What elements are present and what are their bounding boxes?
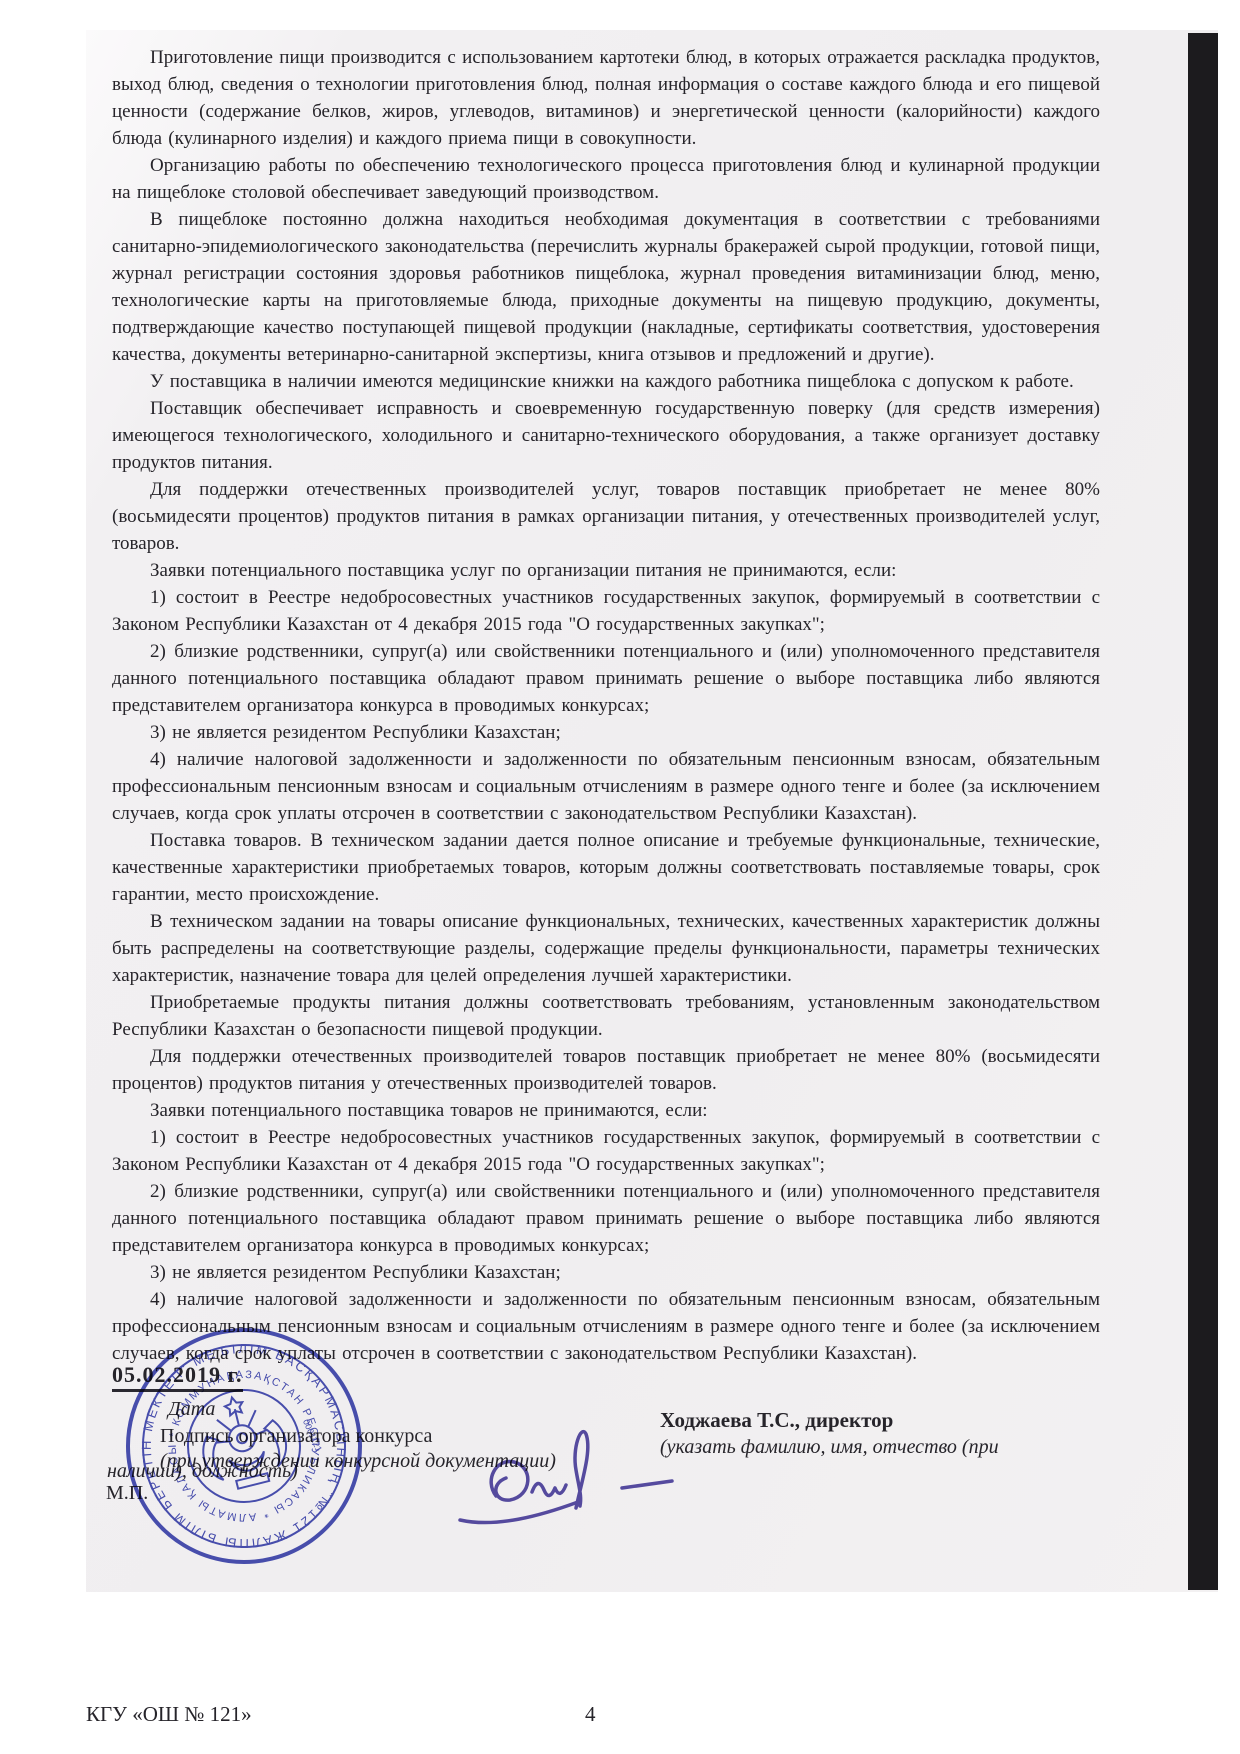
svg-text:БІЛІМ БАСҚАРМАСЫНЫҢ "№121 ЖАЛП: БІЛІМ БАСҚАРМАСЫНЫҢ "№121 ЖАЛПЫ БІЛІМ БЕ… (114, 1316, 371, 1576)
footer-page-number: 4 (585, 1702, 596, 1727)
stamp-outer-text: БІЛІМ БАСҚАРМАСЫНЫҢ "№121 ЖАЛПЫ БІЛІМ БЕ… (114, 1316, 371, 1576)
page: Приготовление пищи производится с исполь… (0, 0, 1240, 1754)
footer-organization: КГУ «ОШ № 121» (86, 1702, 252, 1727)
director-name-note: (указать фамилию, имя, отчество (при (660, 1436, 999, 1459)
signature-handwriting (400, 1428, 700, 1568)
scanned-page: Приготовление пищи производится с исполь… (86, 30, 1218, 1592)
official-stamp-icon: БІЛІМ БАСҚАРМАСЫНЫҢ "№121 ЖАЛПЫ БІЛІМ БЕ… (114, 1316, 374, 1576)
